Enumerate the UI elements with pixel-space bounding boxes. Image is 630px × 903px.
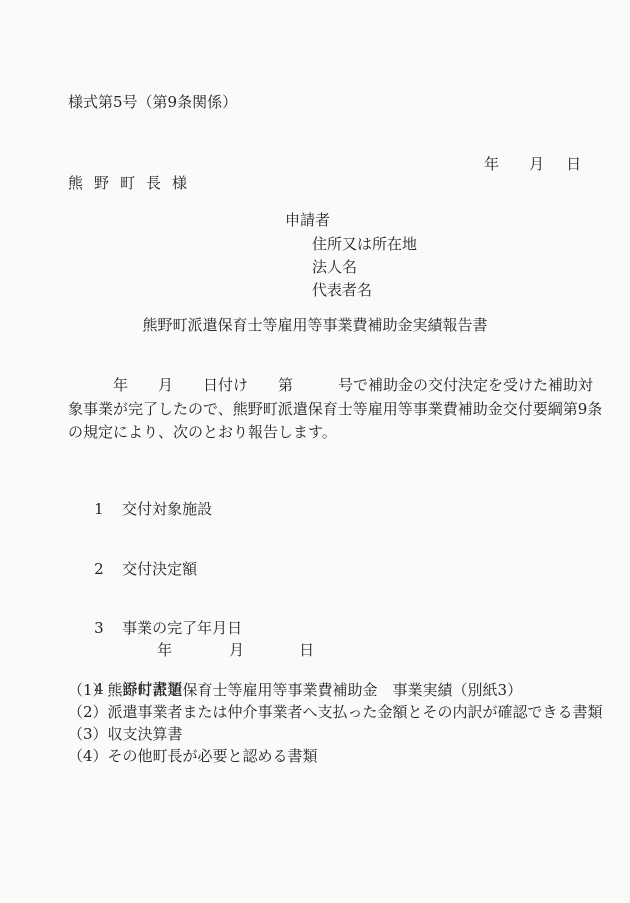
item-number: 3 <box>94 618 122 639</box>
attachment-item-3: （3）収支決算書 <box>68 724 183 745</box>
item-label: 交付対象施設 <box>122 500 212 518</box>
attachment-item-4: （4）その他町長が必要と認める書類 <box>68 746 318 767</box>
applicant-field-corporate-name: 法人名 <box>312 257 357 278</box>
header-date-year-label: 年 <box>484 155 499 173</box>
document-title: 熊野町派遣保育士等雇用等事業費補助金実績報告書 <box>0 315 630 336</box>
body-paragraph-line: 年 月 日付け 第 号で補助金の交付決定を受けた補助対 <box>68 375 593 396</box>
item-number: 2 <box>94 559 122 580</box>
item-2-grant-decision-amount: 2交付決定額 <box>75 538 197 601</box>
completion-date-day-label: 日 <box>299 641 314 659</box>
body-paragraph-line: の規定により、次のとおり報告します。 <box>68 422 337 443</box>
header-date: 年月日 <box>465 133 581 196</box>
completion-date-month-label: 月 <box>229 641 244 659</box>
body-paragraph-line: 象事業が完了したので、熊野町派遣保育士等雇用等事業費補助金交付要綱第9条 <box>68 399 602 420</box>
header-date-day-label: 日 <box>566 155 581 173</box>
completion-date-year-label: 年 <box>157 641 172 659</box>
item-1-target-facility: 1交付対象施設 <box>75 478 212 541</box>
header-date-month-label: 月 <box>529 155 544 173</box>
form-number: 様式第5号（第9条関係） <box>68 92 237 113</box>
addressee: 熊野町長様 <box>68 173 198 194</box>
applicant-label: 申請者 <box>285 210 330 231</box>
applicant-field-representative-name: 代表者名 <box>312 280 372 301</box>
attachment-item-2: （2）派遣事業者または仲介事業者へ支払った金額とその内訳が確認できる書類 <box>68 702 603 723</box>
item-label: 交付決定額 <box>122 560 197 578</box>
attachment-item-1: （1）熊野町派遣保育士等雇用等事業費補助金 事業実績（別紙3） <box>68 680 522 701</box>
item-number: 1 <box>94 499 122 520</box>
document-page: 様式第5号（第9条関係） 年月日 熊野町長様 申請者 住所又は所在地 法人名 代… <box>0 0 630 903</box>
applicant-field-address: 住所又は所在地 <box>312 234 417 255</box>
